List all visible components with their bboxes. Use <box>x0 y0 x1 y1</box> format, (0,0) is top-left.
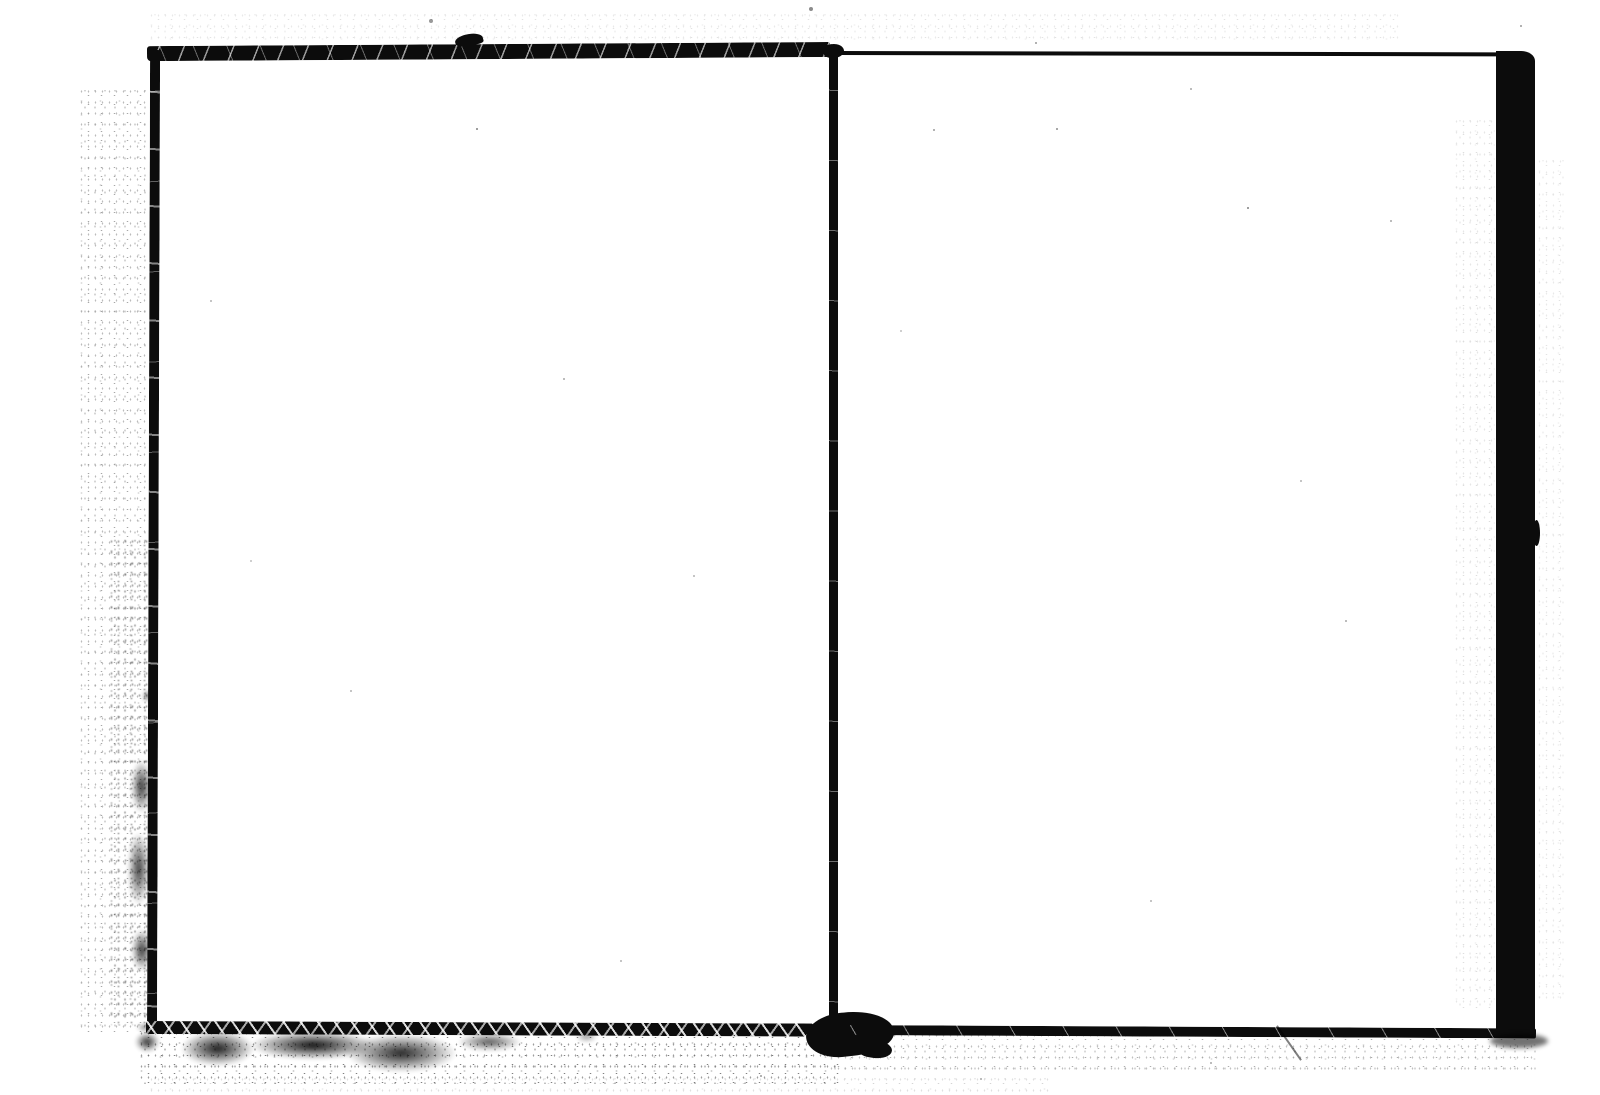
left-edge-toner-blobs <box>104 690 152 1030</box>
fore-edge-bottom-smudge <box>1490 1034 1548 1048</box>
fore-edge-bar-nub <box>1533 520 1540 546</box>
bottom-noise-right <box>830 1034 1536 1070</box>
outer-right-noise <box>1538 160 1564 1000</box>
right-margin-noise <box>1455 120 1495 1010</box>
book-scan <box>0 0 1600 1095</box>
fore-edge-bar <box>1496 51 1535 1037</box>
bottom-toner-smear <box>135 1031 605 1081</box>
right-page <box>838 55 1496 1025</box>
dust-specks <box>0 0 2 2</box>
top-margin-noise <box>150 14 1400 40</box>
spine-gutter-line <box>829 48 838 1035</box>
left-page <box>157 57 828 1021</box>
